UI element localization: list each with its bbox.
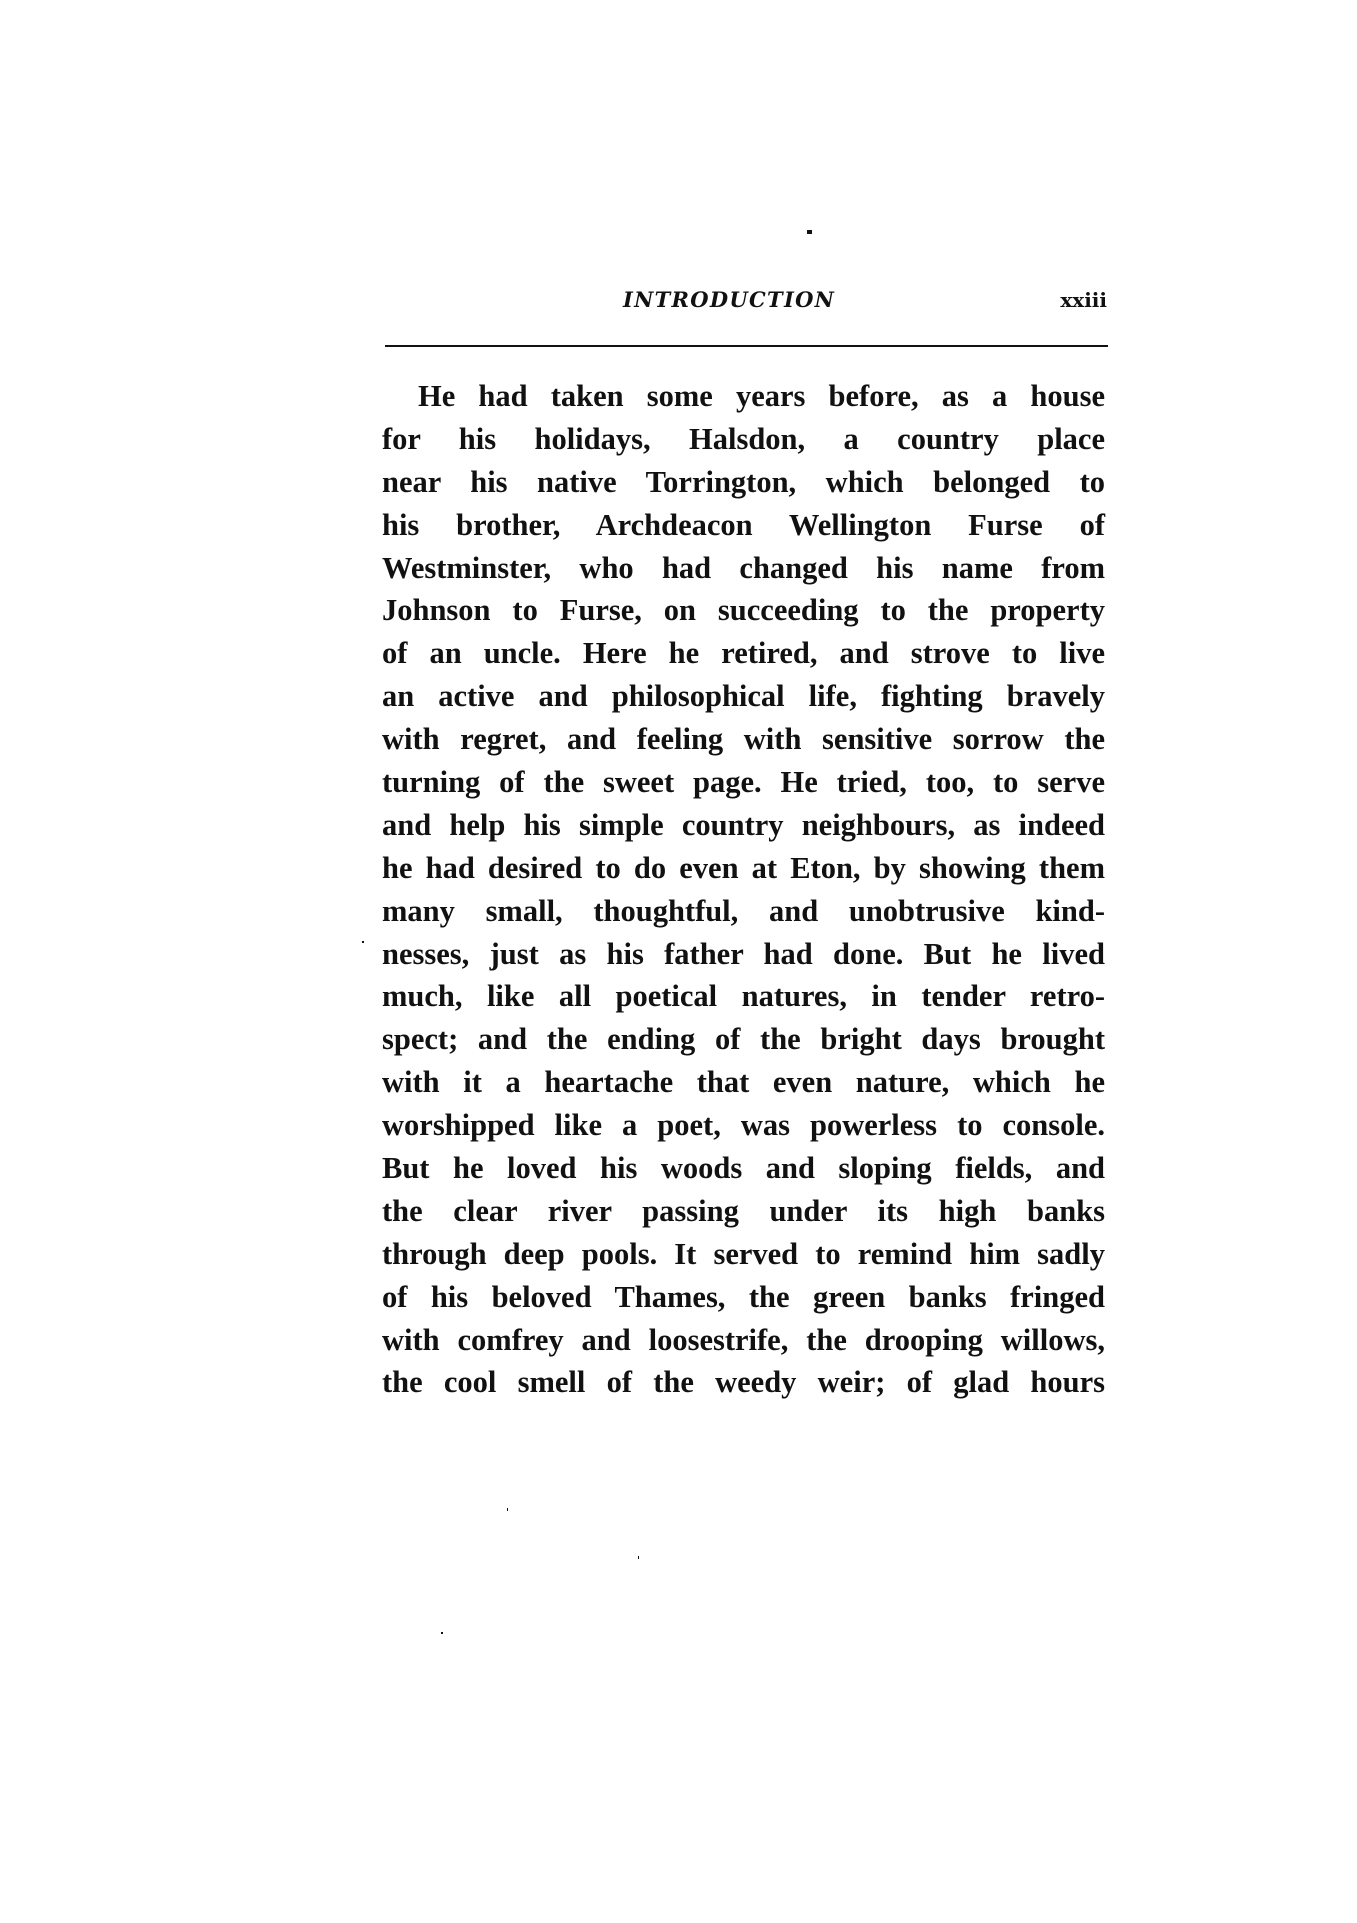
text-line: But he loved his woods and sloping field…: [382, 1147, 1105, 1190]
scan-speck: [638, 1556, 639, 1559]
text-line: an active and philosophical life, fighti…: [382, 675, 1105, 718]
text-line: Westminster, who had changed his name fr…: [382, 547, 1105, 590]
text-line: worshipped like a poet, was powerless to…: [382, 1104, 1105, 1147]
text-line: he had desired to do even at Eton, by sh…: [382, 847, 1105, 890]
text-line: for his holidays, Halsdon, a country pla…: [382, 418, 1105, 461]
text-line: with comfrey and loosestrife, the droopi…: [382, 1319, 1105, 1362]
text-line: nesses, just as his father had done. But…: [382, 933, 1105, 976]
text-line: and help his simple country neighbours, …: [382, 804, 1105, 847]
text-line: the cool smell of the weedy weir; of gla…: [382, 1361, 1105, 1404]
book-page: INTRODUCTION xxiii He had taken some yea…: [0, 0, 1357, 1923]
text-line: many small, thoughtful, and unobtrusive …: [382, 890, 1105, 933]
page-number: xxiii: [1060, 284, 1107, 316]
text-line: of his beloved Thames, the green banks f…: [382, 1276, 1105, 1319]
running-head: INTRODUCTION xxiii: [385, 284, 1107, 316]
text-line: turning of the sweet page. He tried, too…: [382, 761, 1105, 804]
text-line: through deep pools. It served to remind …: [382, 1233, 1105, 1276]
body-paragraph: He had taken some years before, as a hou…: [382, 375, 1105, 1404]
text-line: his brother, Archdeacon Wellington Furse…: [382, 504, 1105, 547]
text-line: the clear river passing under its high b…: [382, 1190, 1105, 1233]
text-line: with regret, and feeling with sensitive …: [382, 718, 1105, 761]
text-line: He had taken some years before, as a hou…: [382, 375, 1105, 418]
scan-speck: [441, 1632, 443, 1634]
text-line: of an uncle. Here he retired, and strove…: [382, 632, 1105, 675]
text-line: Johnson to Furse, on succeeding to the p…: [382, 589, 1105, 632]
scan-speck: [362, 941, 364, 943]
running-head-title: INTRODUCTION: [623, 284, 835, 316]
scan-speck: [507, 1508, 508, 1511]
text-line: near his native Torrington, which belong…: [382, 461, 1105, 504]
text-line: much, like all poetical natures, in tend…: [382, 975, 1105, 1018]
text-line: with it a heartache that even nature, wh…: [382, 1061, 1105, 1104]
scan-speck: [807, 230, 812, 234]
text-line: spect; and the ending of the bright days…: [382, 1018, 1105, 1061]
header-rule-divider: [385, 345, 1108, 347]
